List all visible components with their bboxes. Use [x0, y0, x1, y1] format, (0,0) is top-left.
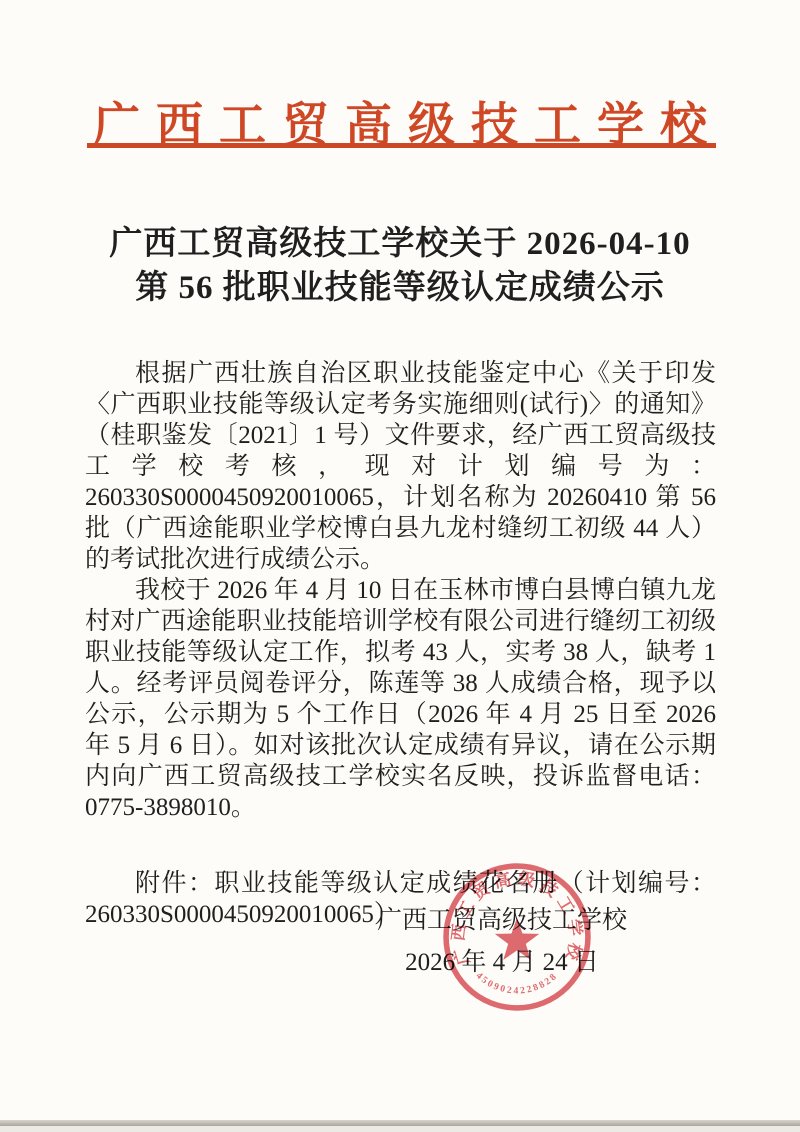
body-paragraph-2: 我校于 2026 年 4 月 10 日在玉林市博白县博白镇九龙村对广西途能职业技… [85, 575, 716, 823]
signature-organization: 广西工贸高级技工学校 [377, 906, 627, 936]
signature-date: 2026 年 4 月 24 日 [377, 948, 627, 978]
letterhead-rule [87, 143, 716, 148]
document-body: 根据广西壮族自治区职业技能鉴定中心《关于印发〈广西职业技能等级认定考务实施细则(… [85, 358, 716, 930]
body-paragraph-1: 根据广西壮族自治区职业技能鉴定中心《关于印发〈广西职业技能等级认定考务实施细则(… [85, 358, 716, 575]
document-title: 广西工贸高级技工学校关于 2026-04-10 第 56 批职业技能等级认定成绩… [40, 222, 760, 310]
scan-bottom-strip [0, 1126, 800, 1132]
signature-block: 广西工贸高级技工学校 2026 年 4 月 24 日 [377, 906, 627, 978]
document-title-line2: 第 56 批职业技能等级认定成绩公示 [40, 266, 760, 310]
document-title-line1: 广西工贸高级技工学校关于 2026-04-10 [40, 222, 760, 266]
